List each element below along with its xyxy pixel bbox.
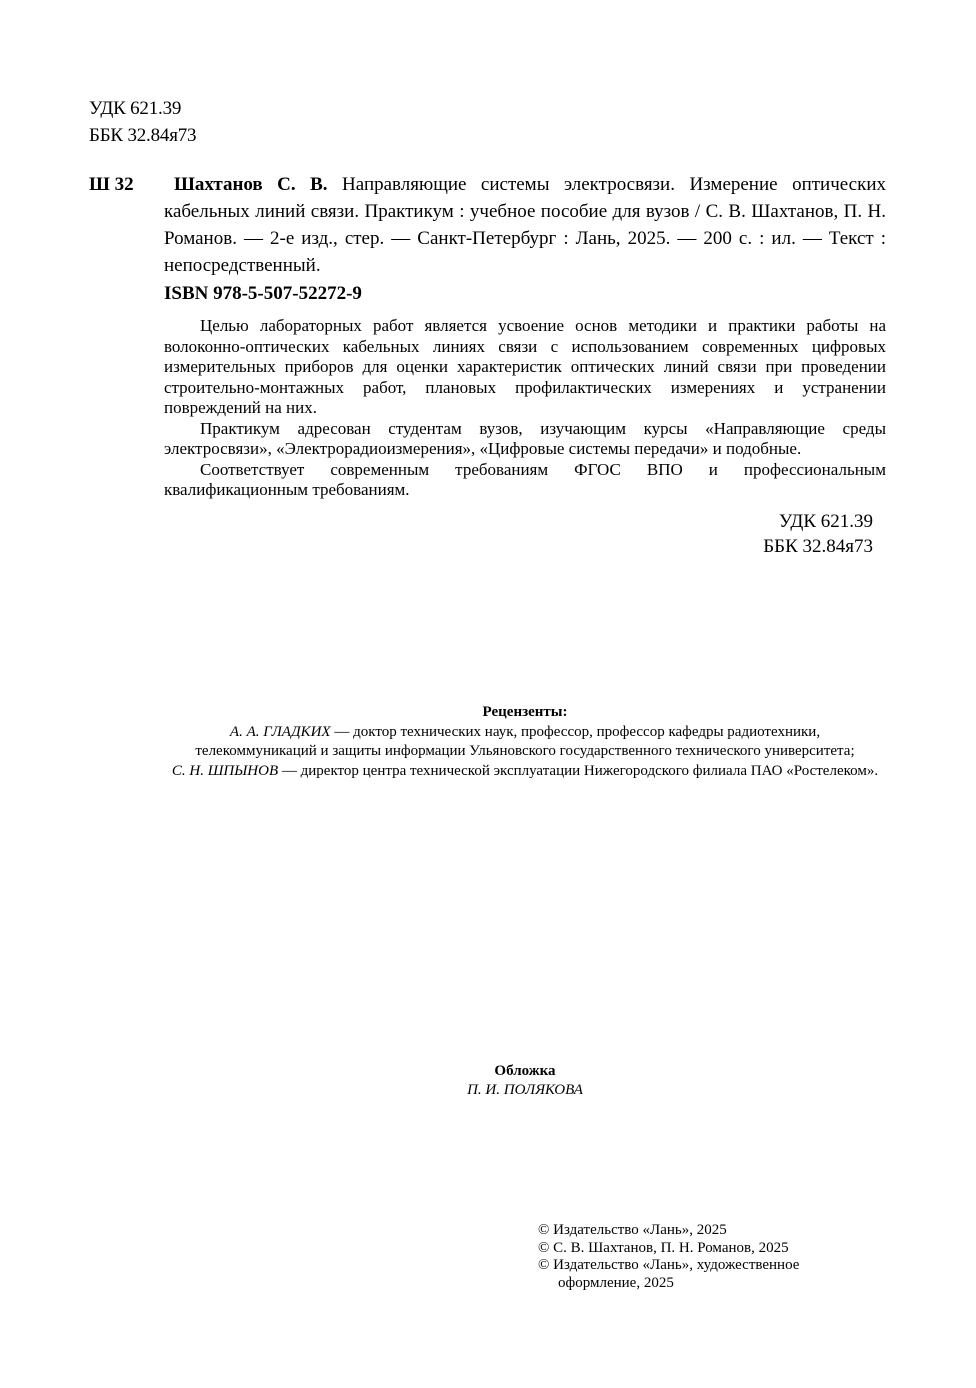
cover-designer: П. И. ПОЛЯКОВА <box>425 1081 625 1100</box>
udk-code: УДК 621.39 <box>89 95 196 122</box>
reviewer-name: А. А. ГЛАДКИХ <box>230 724 331 740</box>
reviewers-block: Рецензенты: А. А. ГЛАДКИХ — доктор техни… <box>170 703 880 781</box>
abstract: Целью лабораторных работ является усвоен… <box>164 316 886 501</box>
author-mark: Ш 32 <box>89 171 134 198</box>
reviewers-title: Рецензенты: <box>170 703 880 723</box>
bibliographic-entry: Шахтанов С. В. Направляющие системы элек… <box>164 171 886 279</box>
reviewer-entry: С. Н. ШПЫНОВ — директор центра техническ… <box>170 762 880 782</box>
author-name: Шахтанов С. В. <box>174 174 328 195</box>
abstract-paragraph: Соответствует современным требованиям ФГ… <box>164 460 886 501</box>
classification-top: УДК 621.39 ББК 32.84я73 <box>89 95 196 149</box>
cover-credit: Обложка П. И. ПОЛЯКОВА <box>425 1062 625 1100</box>
bbk-code: ББК 32.84я73 <box>89 122 196 149</box>
reviewer-description: — директор центра технической эксплуатац… <box>278 763 878 779</box>
reviewer-name: С. Н. ШПЫНОВ <box>172 763 278 779</box>
copyright-line: © Издательство «Лань», художественное <box>538 1257 799 1275</box>
cover-title: Обложка <box>425 1062 625 1081</box>
abstract-paragraph: Целью лабораторных работ является усвоен… <box>164 316 886 419</box>
copyright-block: © Издательство «Лань», 2025 © С. В. Шахт… <box>538 1222 799 1292</box>
classification-right: УДК 621.39 ББК 32.84я73 <box>763 509 873 559</box>
reviewer-entry: А. А. ГЛАДКИХ — доктор технических наук,… <box>170 723 880 762</box>
abstract-paragraph: Практикум адресован студентам вузов, изу… <box>164 419 886 460</box>
copyright-line: оформление, 2025 <box>538 1275 799 1293</box>
bbk-code: ББК 32.84я73 <box>763 534 873 559</box>
udk-code: УДК 621.39 <box>763 509 873 534</box>
copyright-line: © Издательство «Лань», 2025 <box>538 1222 799 1240</box>
isbn: ISBN 978-5-507-52272-9 <box>164 282 362 306</box>
copyright-line: © С. В. Шахтанов, П. Н. Романов, 2025 <box>538 1240 799 1258</box>
